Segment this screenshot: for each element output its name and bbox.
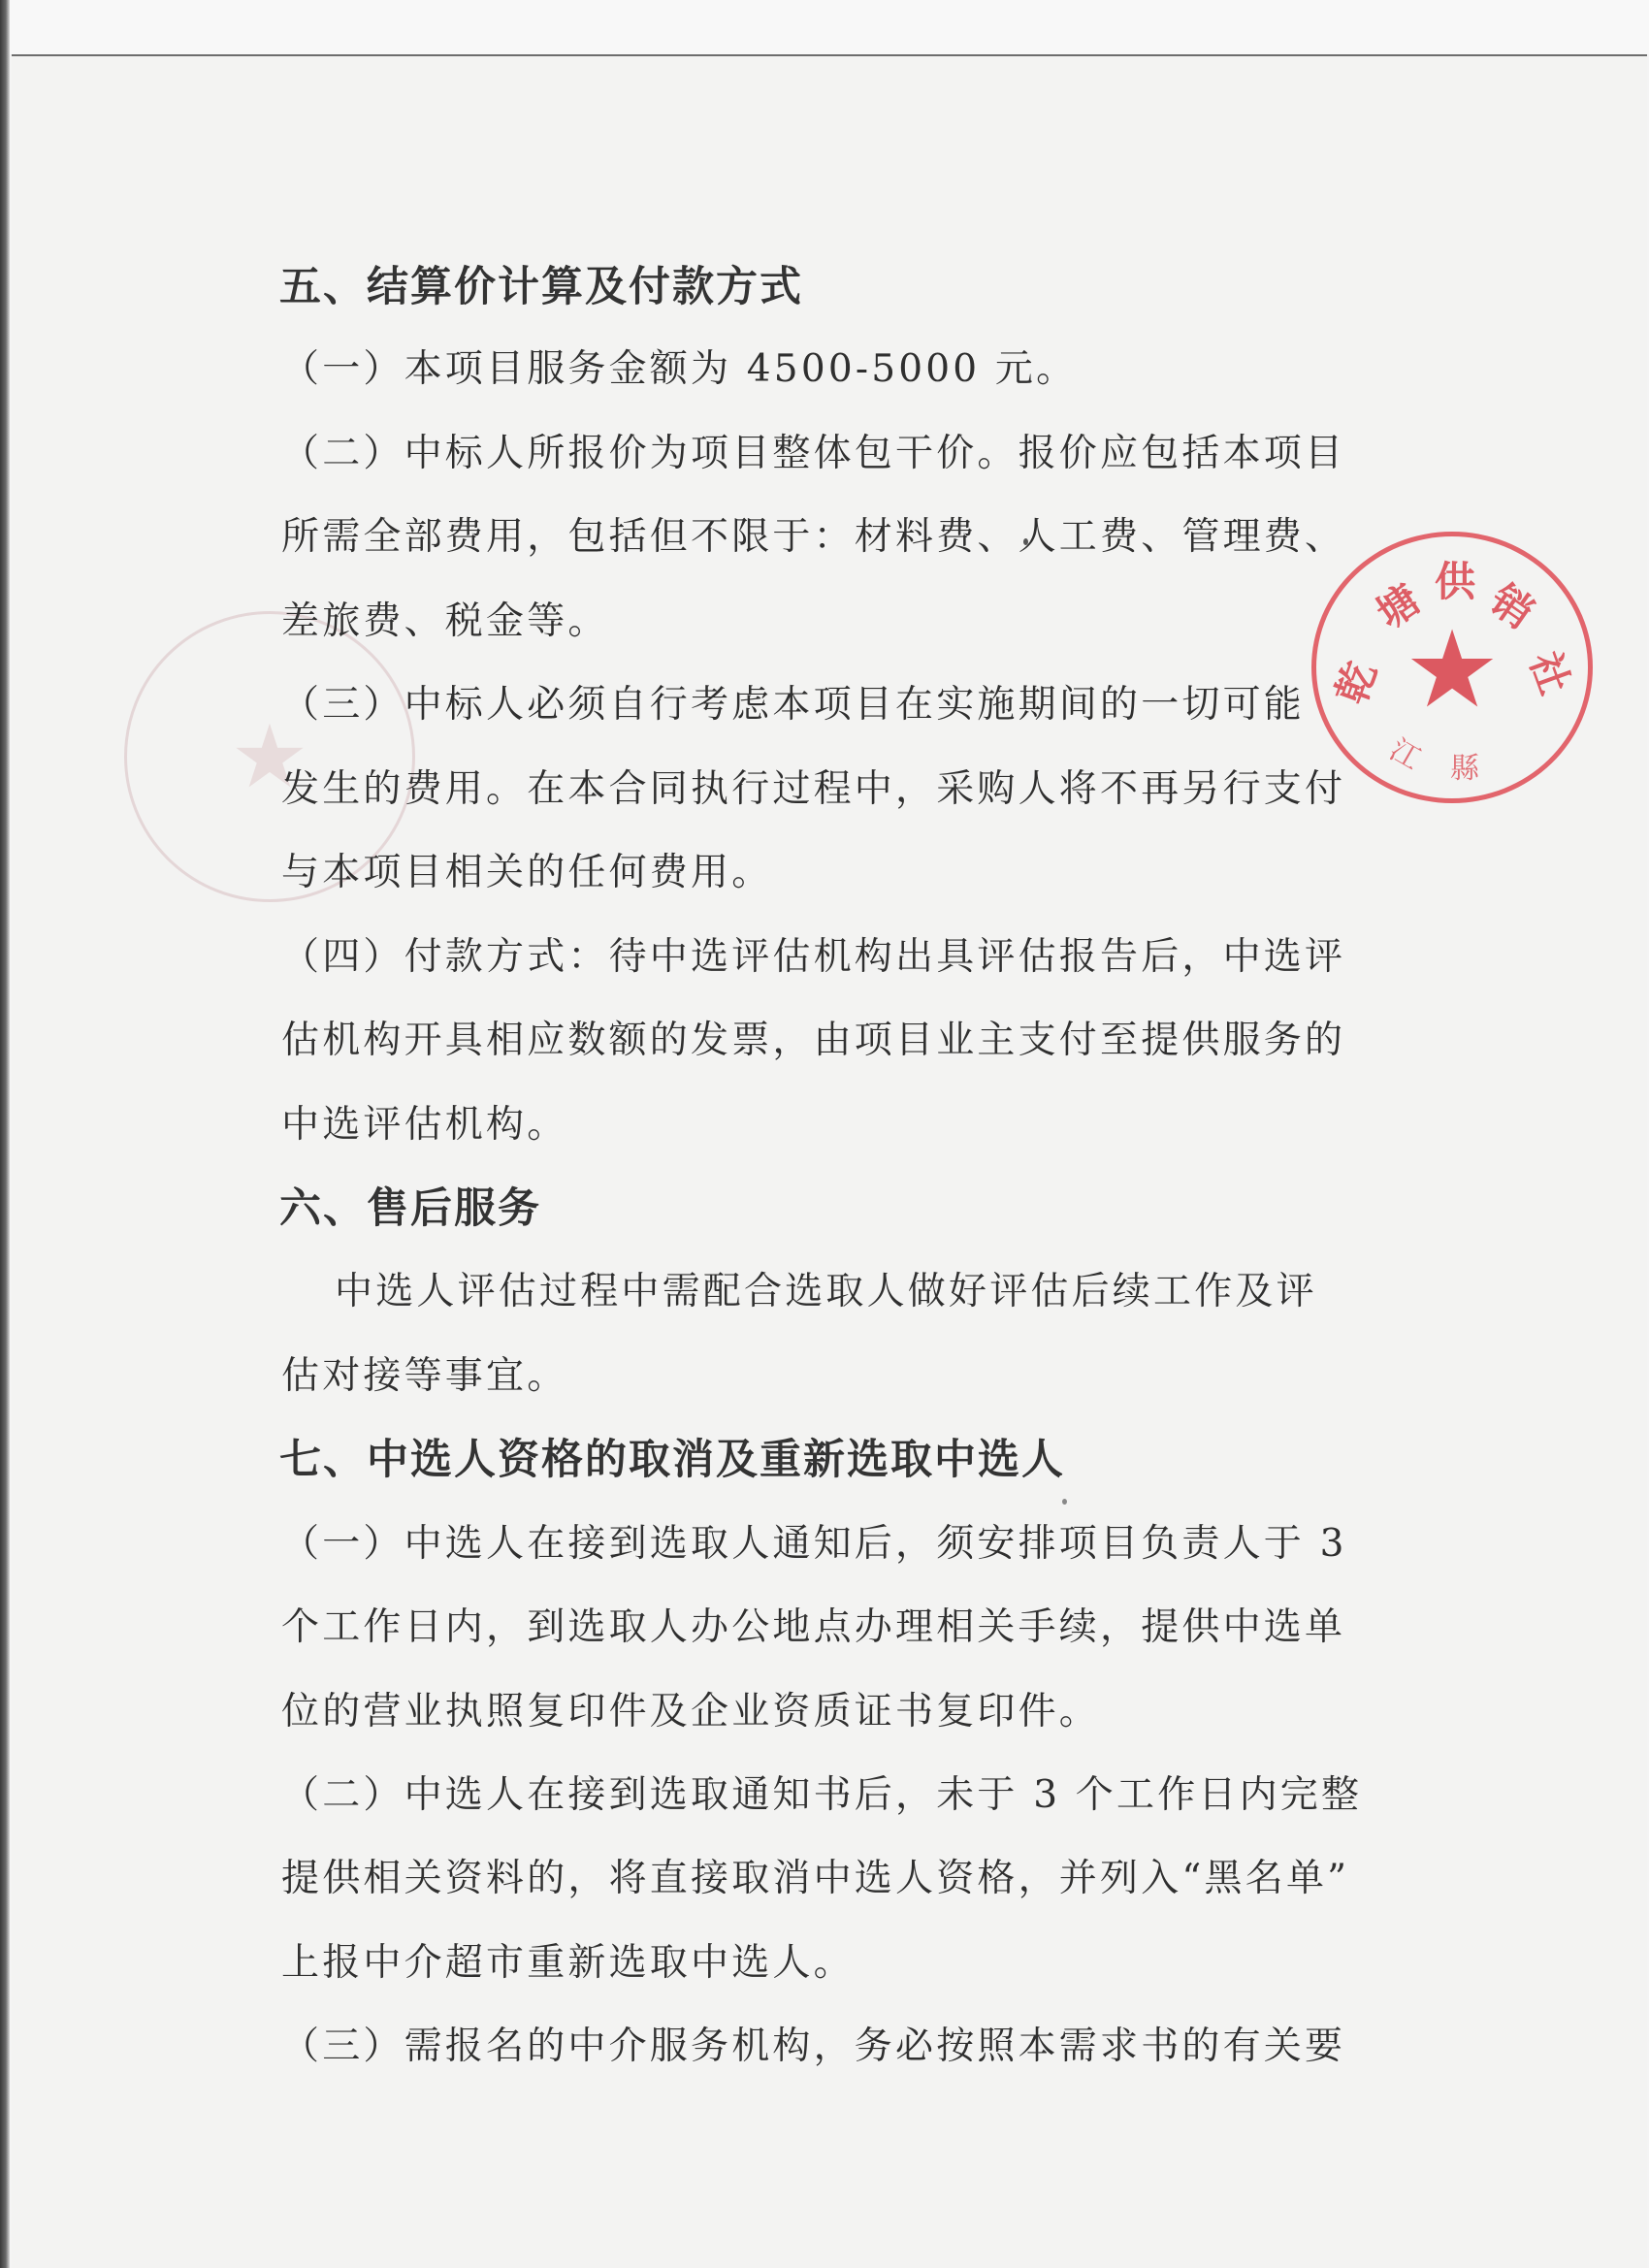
paragraph-line: 所需全部费用，包括但不限于：材料费、人工费、管理费、	[281, 514, 1345, 561]
paragraph-line: 中选人评估过程中需配合选取人做好评估后续工作及评	[335, 1269, 1317, 1315]
paragraph-line: （二）中选人在接到选取通知书后，未于 3 个工作日内完整	[281, 1772, 1362, 1819]
seal-char: 乾	[1320, 653, 1389, 711]
paragraph-line: 个工作日内，到选取人办公地点办理相关手续，提供中选单	[281, 1604, 1345, 1651]
paragraph-line: 提供相关资料的，将直接取消中选人资格，并列入“黑名单”	[281, 1856, 1349, 1902]
seal-char: 塘	[1364, 568, 1431, 639]
section-heading-after-sales: 六、售后服务	[279, 1185, 541, 1232]
paragraph-line: （二）中标人所报价为项目整体包干价。报价应包括本项目	[281, 431, 1345, 477]
paragraph-line: （三）需报名的中介服务机构，务必按照本需求书的有关要	[281, 2024, 1345, 2070]
paragraph-line: 差旅费、税金等。	[281, 599, 609, 645]
section-heading-settlement: 五、结算价计算及付款方式	[279, 264, 803, 310]
paragraph-line: 估对接等事宜。	[281, 1353, 567, 1400]
scan-speck	[1023, 538, 1028, 545]
paragraph-line: 与本项目相关的任何费用。	[281, 850, 772, 896]
paragraph-line: （一）本项目服务金额为 4500-5000 元。	[281, 346, 1077, 393]
section-heading-disqualification: 七、中选人资格的取消及重新选取中选人	[279, 1437, 1065, 1483]
paragraph-line: 位的营业执照复印件及企业资质证书复印件。	[281, 1689, 1100, 1735]
scan-speck	[1062, 1499, 1067, 1505]
seal-char: 社	[1518, 643, 1587, 701]
paragraph-line: （四）付款方式：待中选评估机构出具评估报告后，中选评	[281, 934, 1345, 981]
paragraph-line: 上报中介超市重新选取中选人。	[281, 1940, 855, 1987]
seal-char: 縣	[1450, 744, 1479, 787]
paragraph-line: 中选评估机构。	[281, 1102, 567, 1149]
seal-char: 供	[1435, 550, 1475, 608]
paragraph-line: （三）中标人必须自行考虑本项目在实施期间的一切可能	[281, 682, 1305, 729]
red-seal-stamp: ★ 乾 塘 供 销 社 江 縣	[1311, 532, 1593, 803]
paragraph-line: 发生的费用。在本合同执行过程中，采购人将不再另行支付	[281, 766, 1345, 813]
scan-edge	[0, 0, 10, 2268]
seal-char: 销	[1480, 568, 1547, 639]
scan-margin-top	[10, 0, 1649, 54]
paragraph-line: （一）中选人在接到选取人通知后，须安排项目负责人于 3	[281, 1521, 1347, 1568]
paragraph-line: 估机构开具相应数额的发票，由项目业主支付至提供服务的	[281, 1018, 1345, 1064]
